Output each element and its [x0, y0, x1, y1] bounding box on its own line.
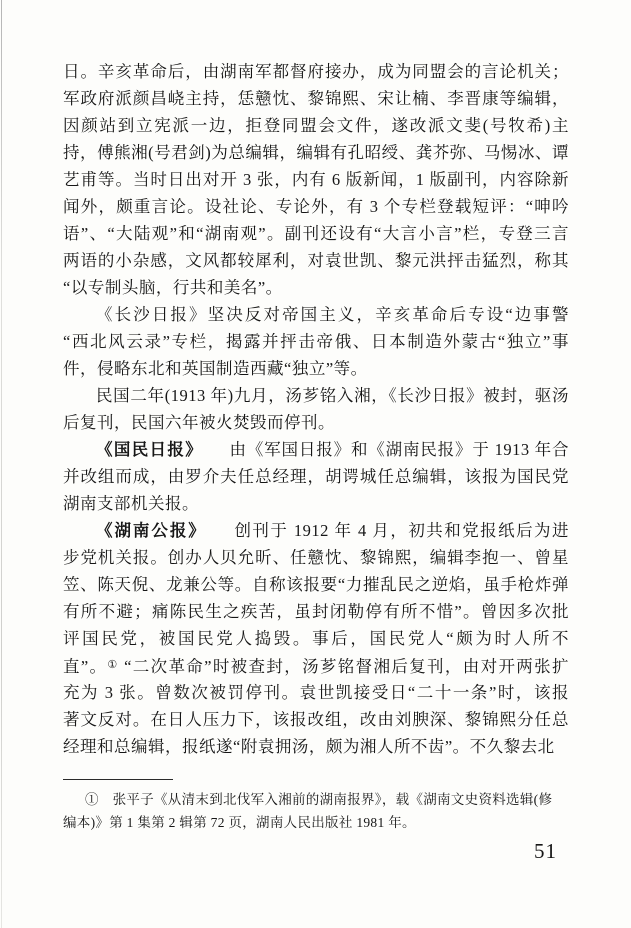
text-line: “西北风云录”专栏，揭露并抨击帝俄、日本制造外蒙古“独立”事 [63, 328, 569, 355]
text-run: 笠、陈天倪、龙兼公等。自称该报要“力摧乱民之逆焰，虽手枪炸弹 [63, 575, 569, 594]
text-run: 日。辛亥革命后，由湖南军都督府接办，成为同盟会的言论机关； [63, 62, 569, 81]
text-line: 直”。① “二次革命”时被查封，汤芗铭督湘后复刊，由对开两张扩 [63, 652, 569, 679]
section-title: 《国民日报》 [96, 441, 195, 459]
scan-edge-shadow [1, 0, 2, 928]
text-line: 著文反对。在日人压力下，该报改组，改由刘腴深、黎锦熙分任总 [63, 706, 569, 733]
text-line: 后复刊，民国六年被火焚毁而停刊。 [63, 409, 569, 436]
section-title: 《湖南公报》 [96, 522, 199, 540]
text-line: 《国民日报》 由《军国日报》和《湖南民报》于 1913 年合 [63, 436, 569, 463]
text-line: 《湖南公报》 创刊于 1912 年 4 月，初共和党报纸后为进 [63, 517, 569, 544]
text-line: 艺甫等。当时日出对开 3 张，内有 6 版新闻，1 版副刊，内容除新 [63, 166, 569, 193]
text-run: 评国民党，被国民党人捣毁。事后，国民党人“颇为时人所不 [63, 629, 569, 648]
footnote-reference-mark: ① [107, 659, 118, 671]
text-run: 充为 3 张。曾数次被罚停刊。袁世凯接受日“二十一条”时，该报 [63, 683, 569, 702]
text-run: 有所不避；痛陈民生之疾苦，虽封闭勒停有所不惜”。曾因多次批 [63, 602, 569, 621]
page-number: 51 [534, 839, 557, 864]
text-line: 因颜站到立宪派一边，拒登同盟会文件，遂改派文斐(号牧希)主 [63, 112, 569, 139]
text-run: “二次革命”时被查封，汤芗铭督湘后复刊，由对开两张扩 [119, 657, 569, 676]
text-line: 两语的小杂感，文风都较犀利，对袁世凯、黎元洪抨击猛烈，称其 [63, 247, 569, 274]
footnote: ① 张平子《从清末到北伐军入湘前的湖南报界》，载《湖南文史资料选辑(修订合编本)… [63, 788, 563, 834]
text-line: 语”、“大陆观”和“湖南观”。副刊还设有“大言小言”栏，专登三言 [63, 220, 569, 247]
text-line: 持，傅熊湘(号君剑)为总编辑，编辑有孔昭绶、龚芥弥、马惕冰、谭 [63, 139, 569, 166]
text-run: 直”。 [63, 657, 107, 676]
footnote-line: 编本)》第 1 集第 2 辑第 72 页，湖南人民出版社 1981 年。 [63, 811, 563, 834]
text-run: 后复刊，民国六年被火焚毁而停刊。 [63, 413, 335, 432]
text-line: 步党机关报。创办人贝允昕、任戆忱、黎锦熙，编辑李抱一、曾星 [63, 544, 569, 571]
text-line: 《长沙日报》坚决反对帝国主义，辛亥革命后专设“边事警报”、 [63, 301, 569, 328]
text-run: 创刊于 1912 年 4 月，初共和党报纸后为进 [199, 521, 569, 540]
text-run: 并改组而成，由罗介夫任总经理，胡谔城任总编辑，该报为国民党 [63, 467, 569, 486]
text-run: 《长沙日报》坚决反对帝国主义，辛亥革命后专设“边事警报”、 [63, 305, 569, 328]
text-run: 艺甫等。当时日出对开 3 张，内有 6 版新闻，1 版副刊，内容除新 [63, 170, 569, 189]
text-run: 两语的小杂感，文风都较犀利，对袁世凯、黎元洪抨击猛烈，称其 [63, 251, 569, 270]
text-run: 由《军国日报》和《湖南民报》于 1913 年合 [195, 440, 569, 459]
text-run: 湖南支部机关报。 [63, 494, 199, 513]
text-line: 笠、陈天倪、龙兼公等。自称该报要“力摧乱民之逆焰，虽手枪炸弹 [63, 571, 569, 598]
text-run: “以专制头脑，行共和美名”。 [63, 278, 283, 297]
footnote-line: ① 张平子《从清末到北伐军入湘前的湖南报界》，载《湖南文史资料选辑(修订合 [63, 788, 563, 811]
text-run: 因颜站到立宪派一边，拒登同盟会文件，遂改派文斐(号牧希)主 [63, 116, 569, 135]
text-run: 民国二年(1913 年)九月，汤芗铭入湘，《长沙日报》被封，驱汤 [96, 386, 569, 405]
text-line: 充为 3 张。曾数次被罚停刊。袁世凯接受日“二十一条”时，该报 [63, 679, 569, 706]
text-run: 闻外，颇重言论。设社论、专论外，有 3 个专栏登载短评：“呻吟 [63, 197, 569, 216]
text-line: 有所不避；痛陈民生之疾苦，虽封闭勒停有所不惜”。曾因多次批 [63, 598, 569, 625]
text-line: 评国民党，被国民党人捣毁。事后，国民党人“颇为时人所不 [63, 625, 569, 652]
text-line: 并改组而成，由罗介夫任总经理，胡谔城任总编辑，该报为国民党 [63, 463, 569, 490]
text-run: 著文反对。在日人压力下，该报改组，改由刘腴深、黎锦熙分任总 [63, 710, 569, 729]
text-run: 持，傅熊湘(号君剑)为总编辑，编辑有孔昭绶、龚芥弥、马惕冰、谭 [63, 143, 569, 162]
text-line: 军政府派颜昌峣主持，恁戆忱、黎锦熙、宋让楠、李晋康等编辑，后 [63, 85, 569, 112]
text-run: 军政府派颜昌峣主持，恁戆忱、黎锦熙、宋让楠、李晋康等编辑，后 [63, 89, 569, 112]
text-line: 经理和总编辑，报纸遂“附袁拥汤，颇为湘人所不齿”。不久黎去北 [63, 733, 569, 760]
text-run: 步党机关报。创办人贝允昕、任戆忱、黎锦熙，编辑李抱一、曾星 [63, 548, 569, 567]
text-line: 民国二年(1913 年)九月，汤芗铭入湘，《长沙日报》被封，驱汤 [63, 382, 569, 409]
text-run: 件，侵略东北和英国制造西藏“独立”等。 [63, 359, 368, 378]
body-text: 日。辛亥革命后，由湖南军都督府接办，成为同盟会的言论机关；军政府派颜昌峣主持，恁… [63, 58, 569, 760]
text-line: 闻外，颇重言论。设社论、专论外，有 3 个专栏登载短评：“呻吟 [63, 193, 569, 220]
text-line: 日。辛亥革命后，由湖南军都督府接办，成为同盟会的言论机关； [63, 58, 569, 85]
text-line: 湖南支部机关报。 [63, 490, 569, 517]
text-line: “以专制头脑，行共和美名”。 [63, 274, 569, 301]
footnote-separator [63, 779, 173, 780]
text-run: 经理和总编辑，报纸遂“附袁拥汤，颇为湘人所不齿”。不久黎去北 [63, 737, 555, 756]
text-line: 件，侵略东北和英国制造西藏“独立”等。 [63, 355, 569, 382]
text-run: “西北风云录”专栏，揭露并抨击帝俄、日本制造外蒙古“独立”事 [63, 332, 569, 351]
text-run: 语”、“大陆观”和“湖南观”。副刊还设有“大言小言”栏，专登三言 [63, 224, 569, 243]
